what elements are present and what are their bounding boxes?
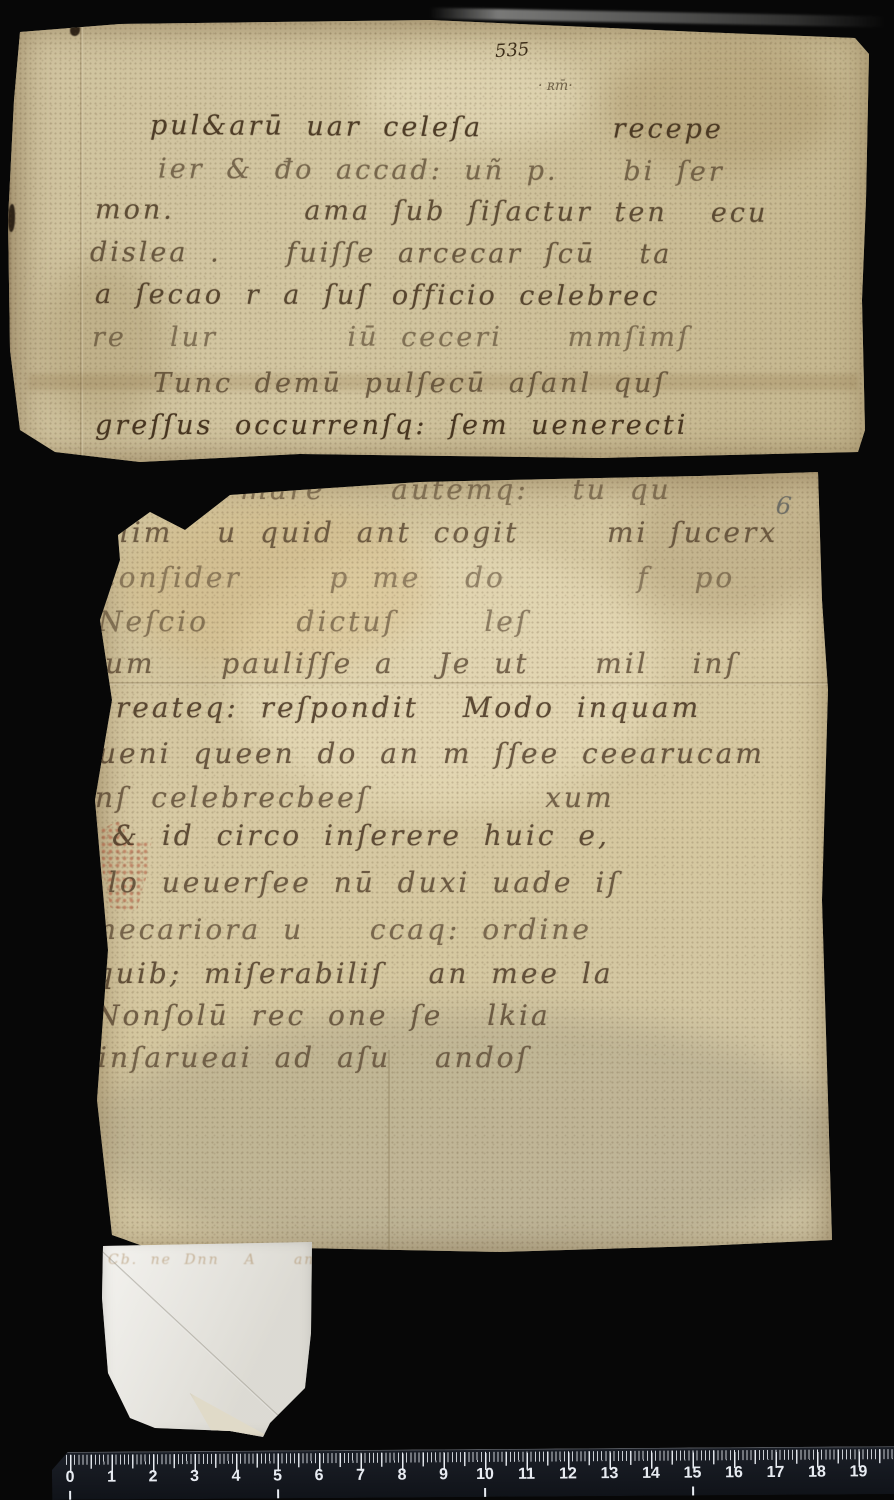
ruler-number: 8 [397, 1467, 406, 1485]
ruler-number: 19 [850, 1463, 868, 1481]
ruler-number: 3 [190, 1468, 199, 1486]
manuscript-line: re lur iū ceceri mmſimſ [92, 322, 691, 353]
manuscript-line: nſ celebrecbeeſ xum [95, 781, 615, 814]
ruler-number: 16 [725, 1464, 743, 1482]
tag-fold-flap [188, 1388, 272, 1438]
manuscript-line: um pauliſſe a Je ut mil inſ [105, 647, 739, 680]
manuscript-line: mon. ama ſub ſiſactur ten ecu [95, 194, 769, 229]
ink-blot [8, 204, 15, 232]
photo-stage: 535 · ʀm̄· pul&arū uar celeſa recepe ier… [0, 0, 894, 1500]
fold-crease-vertical [80, 22, 83, 462]
manuscript-line: conſider p me do f po [100, 561, 735, 594]
ruler-number: 6 [314, 1467, 323, 1485]
manuscript-line: quib; miſerabiliſ an mee la [95, 957, 614, 990]
ruler-number: 12 [559, 1465, 577, 1483]
manuscript-line: olim u quid ant cogit mi ſucerx [100, 516, 778, 549]
parchment-fragment-bottom: 6 a mare autemq: tu qu olim u quid ant c… [90, 470, 840, 1260]
ink-blot [70, 24, 80, 36]
ruler-number: 2 [148, 1468, 157, 1486]
manuscript-line: lo ueuerſee nū duxi uade iſ [108, 866, 621, 899]
manuscript-line: pul&arū uar celeſa recepe [150, 110, 724, 145]
manuscript-line: ier & đo accad: uñ p. bi ſer [115, 153, 725, 187]
manuscript-line: inſarueai ad aſu andoſ [98, 1041, 530, 1074]
folio-mark: 535 [494, 39, 530, 62]
tag-writing: Cb. ne Dnn A anl [108, 1252, 322, 1268]
ruler-long-tick [692, 1487, 694, 1496]
paper-tag: Cb. ne Dnn A anl [100, 1238, 315, 1438]
ruler-number: 13 [601, 1465, 619, 1483]
manuscript-line: & id circo inſerere huic e, [112, 819, 610, 852]
ruler-long-tick [277, 1489, 279, 1498]
ruler-number: 18 [808, 1464, 826, 1482]
manuscript-line: a ſecao r a ſuſ officio celebrec [95, 279, 660, 312]
ruler-number: 5 [273, 1467, 282, 1485]
ruler-long-tick [484, 1488, 486, 1497]
manuscript-line: greſſus occurrenſq: ſem uenerecti [95, 410, 688, 441]
manuscript-line: dislea . fuiſſe arcecar ſcū ta [90, 237, 673, 270]
ruler-number: 10 [476, 1466, 494, 1484]
ruler-number: 9 [439, 1466, 448, 1484]
ruler-number: 1 [107, 1469, 116, 1487]
parchment-fragment-top: 535 · ʀm̄· pul&arū uar celeſa recepe ier… [8, 16, 880, 468]
tag-fold-crease [94, 1245, 286, 1424]
manuscript-line: necariora u ccaq: ordine [98, 913, 592, 946]
fold-crease-horizontal [90, 682, 840, 685]
ruler-number: 4 [231, 1468, 240, 1486]
manuscript-line: ueni queen do an m ſſee ceearucam [98, 737, 765, 770]
fold-crease-vertical [388, 1050, 390, 1255]
manuscript-line: Neſcio dictuſ leſ [98, 605, 529, 638]
ruler-number: 14 [642, 1465, 660, 1483]
ruler-number: 17 [767, 1464, 785, 1482]
manuscript-line: a mare autemq: tu qu [155, 473, 672, 506]
ruler: 012345678910111213141516171819 [52, 1446, 894, 1500]
ruler-numbers: 012345678910111213141516171819 [52, 1446, 894, 1452]
manuscript-line: Tunc demū pulſecū aſanl quſ [110, 368, 667, 399]
ruler-number: 15 [684, 1464, 702, 1482]
ruler-number: 11 [518, 1466, 535, 1484]
ruler-ticks-mm [66, 1449, 894, 1465]
manuscript-line: Nonſolū rec one ſe lkia [95, 999, 551, 1032]
stain [608, 40, 838, 170]
ruler-number: 7 [356, 1467, 365, 1485]
ruler-number: 0 [65, 1469, 74, 1487]
ruler-long-tick [69, 1491, 71, 1500]
manuscript-line: greateq: reſpondit Modo inquam [95, 691, 701, 724]
secondary-mark: · ʀm̄· [538, 78, 573, 94]
